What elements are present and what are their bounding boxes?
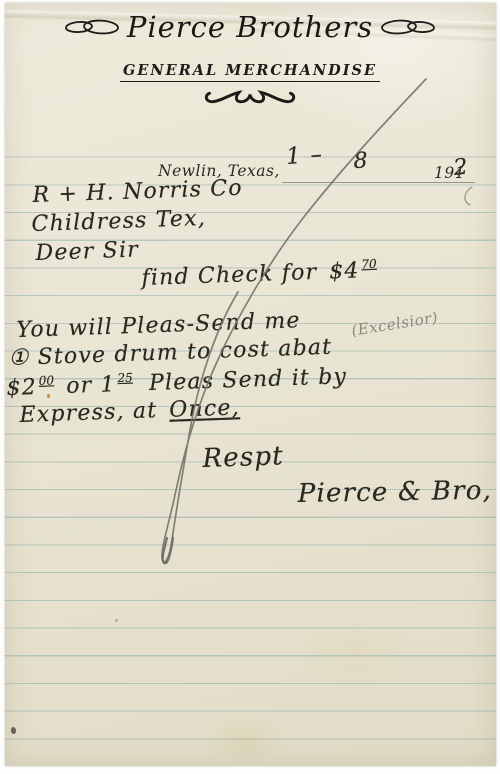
- handwritten-date-day: 8: [353, 148, 369, 174]
- shipping-line-2-emphasis: Once,: [169, 395, 240, 422]
- handwritten-date-month: 1 –: [285, 141, 324, 170]
- swash-ornament-right-icon: [380, 19, 436, 35]
- letterhead-masthead: Pierce Brothers: [0, 10, 500, 44]
- price-cents: 00: [38, 373, 54, 388]
- tagline-row: GENERAL MERCHANDISE: [0, 60, 500, 82]
- tagline: GENERAL MERCHANDISE: [120, 62, 380, 82]
- price-dollars: $2: [6, 375, 37, 401]
- paper-speck: [115, 619, 118, 622]
- enclosure-cents: 70: [361, 257, 377, 272]
- date-underline: [282, 182, 475, 183]
- handwritten-year-digit: 2: [452, 155, 470, 181]
- enclosure-dollars: $4: [329, 258, 360, 284]
- shipping-line-2-pre: Express, at: [19, 398, 158, 428]
- paper-speck: [11, 727, 16, 734]
- company-name: Pierce Brothers: [127, 10, 373, 44]
- price-alt-cents: 25: [117, 371, 133, 386]
- swash-ornament-left-icon: [64, 19, 120, 35]
- scroll-flourish-icon: [204, 85, 296, 109]
- scanned-letter-photo: Pierce Brothers GENERAL MERCHANDISE Newl…: [0, 0, 500, 774]
- closing: Respt: [202, 441, 284, 474]
- price-alt: or 1: [66, 372, 116, 399]
- signature: Pierce & Bro,: [297, 476, 492, 509]
- salutation: Deer Sir: [35, 237, 139, 266]
